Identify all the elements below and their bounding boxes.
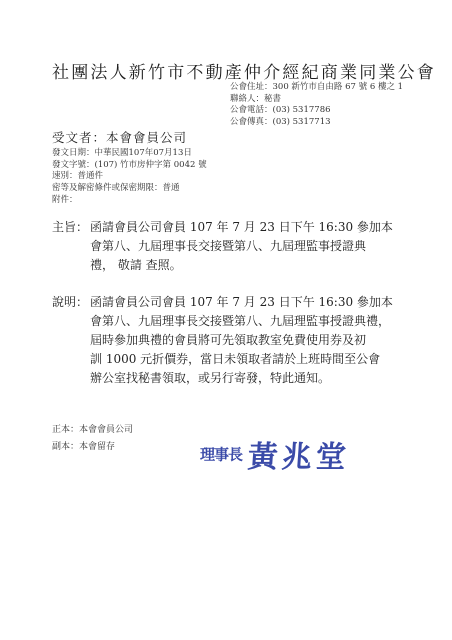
subject-line: 函請會員公司會員 107 年 7 月 23 日下午 16:30 參加本	[90, 218, 390, 237]
copies-block: 正本：本會會員公司 副本：本會留存	[52, 422, 133, 456]
subject-line: 會第八、九屆理事長交接暨第八、九屆理監事授證典	[90, 237, 390, 256]
contact-address: 公會住址：300 新竹市自由路 67 號 6 樓之 1	[230, 82, 403, 94]
original-copy: 正本：本會會員公司	[52, 422, 133, 439]
signature-stamp: 理事長黃兆堂	[200, 432, 350, 476]
explanation-line: 辦公室找秘書領取，或另行寄發，特此通知。	[90, 369, 390, 388]
document-header: 社團法人新竹市不動產仲介經紀商業同業公會函	[52, 58, 452, 83]
explanation-body: 函請會員公司會員 107 年 7 月 23 日下午 16:30 參加本 會第八、…	[90, 293, 390, 388]
explanation-line: 會第八、九屆理事長交接暨第八、九屆理監事授證典禮，	[90, 312, 390, 331]
meta-block: 發文日期：中華民國107年07月13日 發文字號：(107) 竹市房仲字第 00…	[52, 148, 207, 207]
speed: 速別：普通件	[52, 171, 207, 183]
explanation-line: 訓 1000 元折價券，當日未領取者請於上班時間至公會	[90, 350, 390, 369]
contact-phone: 公會電話：(03) 5317786	[230, 105, 403, 117]
security-level: 密等及解密條件或保密期限：普通	[52, 183, 207, 195]
explanation-line: 屆時參加典禮的會員將可先領取教室免費使用券及初	[90, 331, 390, 350]
subject-label: 主旨：	[52, 218, 90, 237]
explanation-section: 說明： 函請會員公司會員 107 年 7 月 23 日下午 16:30 參加本 …	[52, 293, 390, 388]
org-name: 社團法人新竹市不動產仲介經紀商業同業公會	[52, 63, 436, 83]
signature-name: 黃兆堂	[246, 432, 351, 476]
explanation-line: 函請會員公司會員 107 年 7 月 23 日下午 16:30 參加本	[90, 293, 390, 312]
contact-person: 聯絡人：秘書	[230, 94, 403, 106]
issue-date: 發文日期：中華民國107年07月13日	[52, 148, 207, 160]
subject-section: 主旨： 函請會員公司會員 107 年 7 月 23 日下午 16:30 參加本 …	[52, 218, 390, 275]
explanation-label: 說明：	[52, 293, 90, 312]
recipient: 受文者：本會會員公司	[52, 128, 187, 146]
subject-line: 禮， 敬請 查照。	[90, 256, 390, 275]
attachment: 附件：	[52, 195, 207, 207]
contact-block: 公會住址：300 新竹市自由路 67 號 6 樓之 1 聯絡人：秘書 公會電話：…	[230, 82, 403, 128]
contact-fax: 公會傳真：(03) 5317713	[230, 117, 403, 129]
duplicate-copy: 副本：本會留存	[52, 439, 133, 456]
subject-body: 函請會員公司會員 107 年 7 月 23 日下午 16:30 參加本 會第八、…	[90, 218, 390, 275]
issue-number: 發文字號：(107) 竹市房仲字第 0042 號	[52, 160, 207, 172]
signature-role: 理事長	[200, 446, 242, 464]
